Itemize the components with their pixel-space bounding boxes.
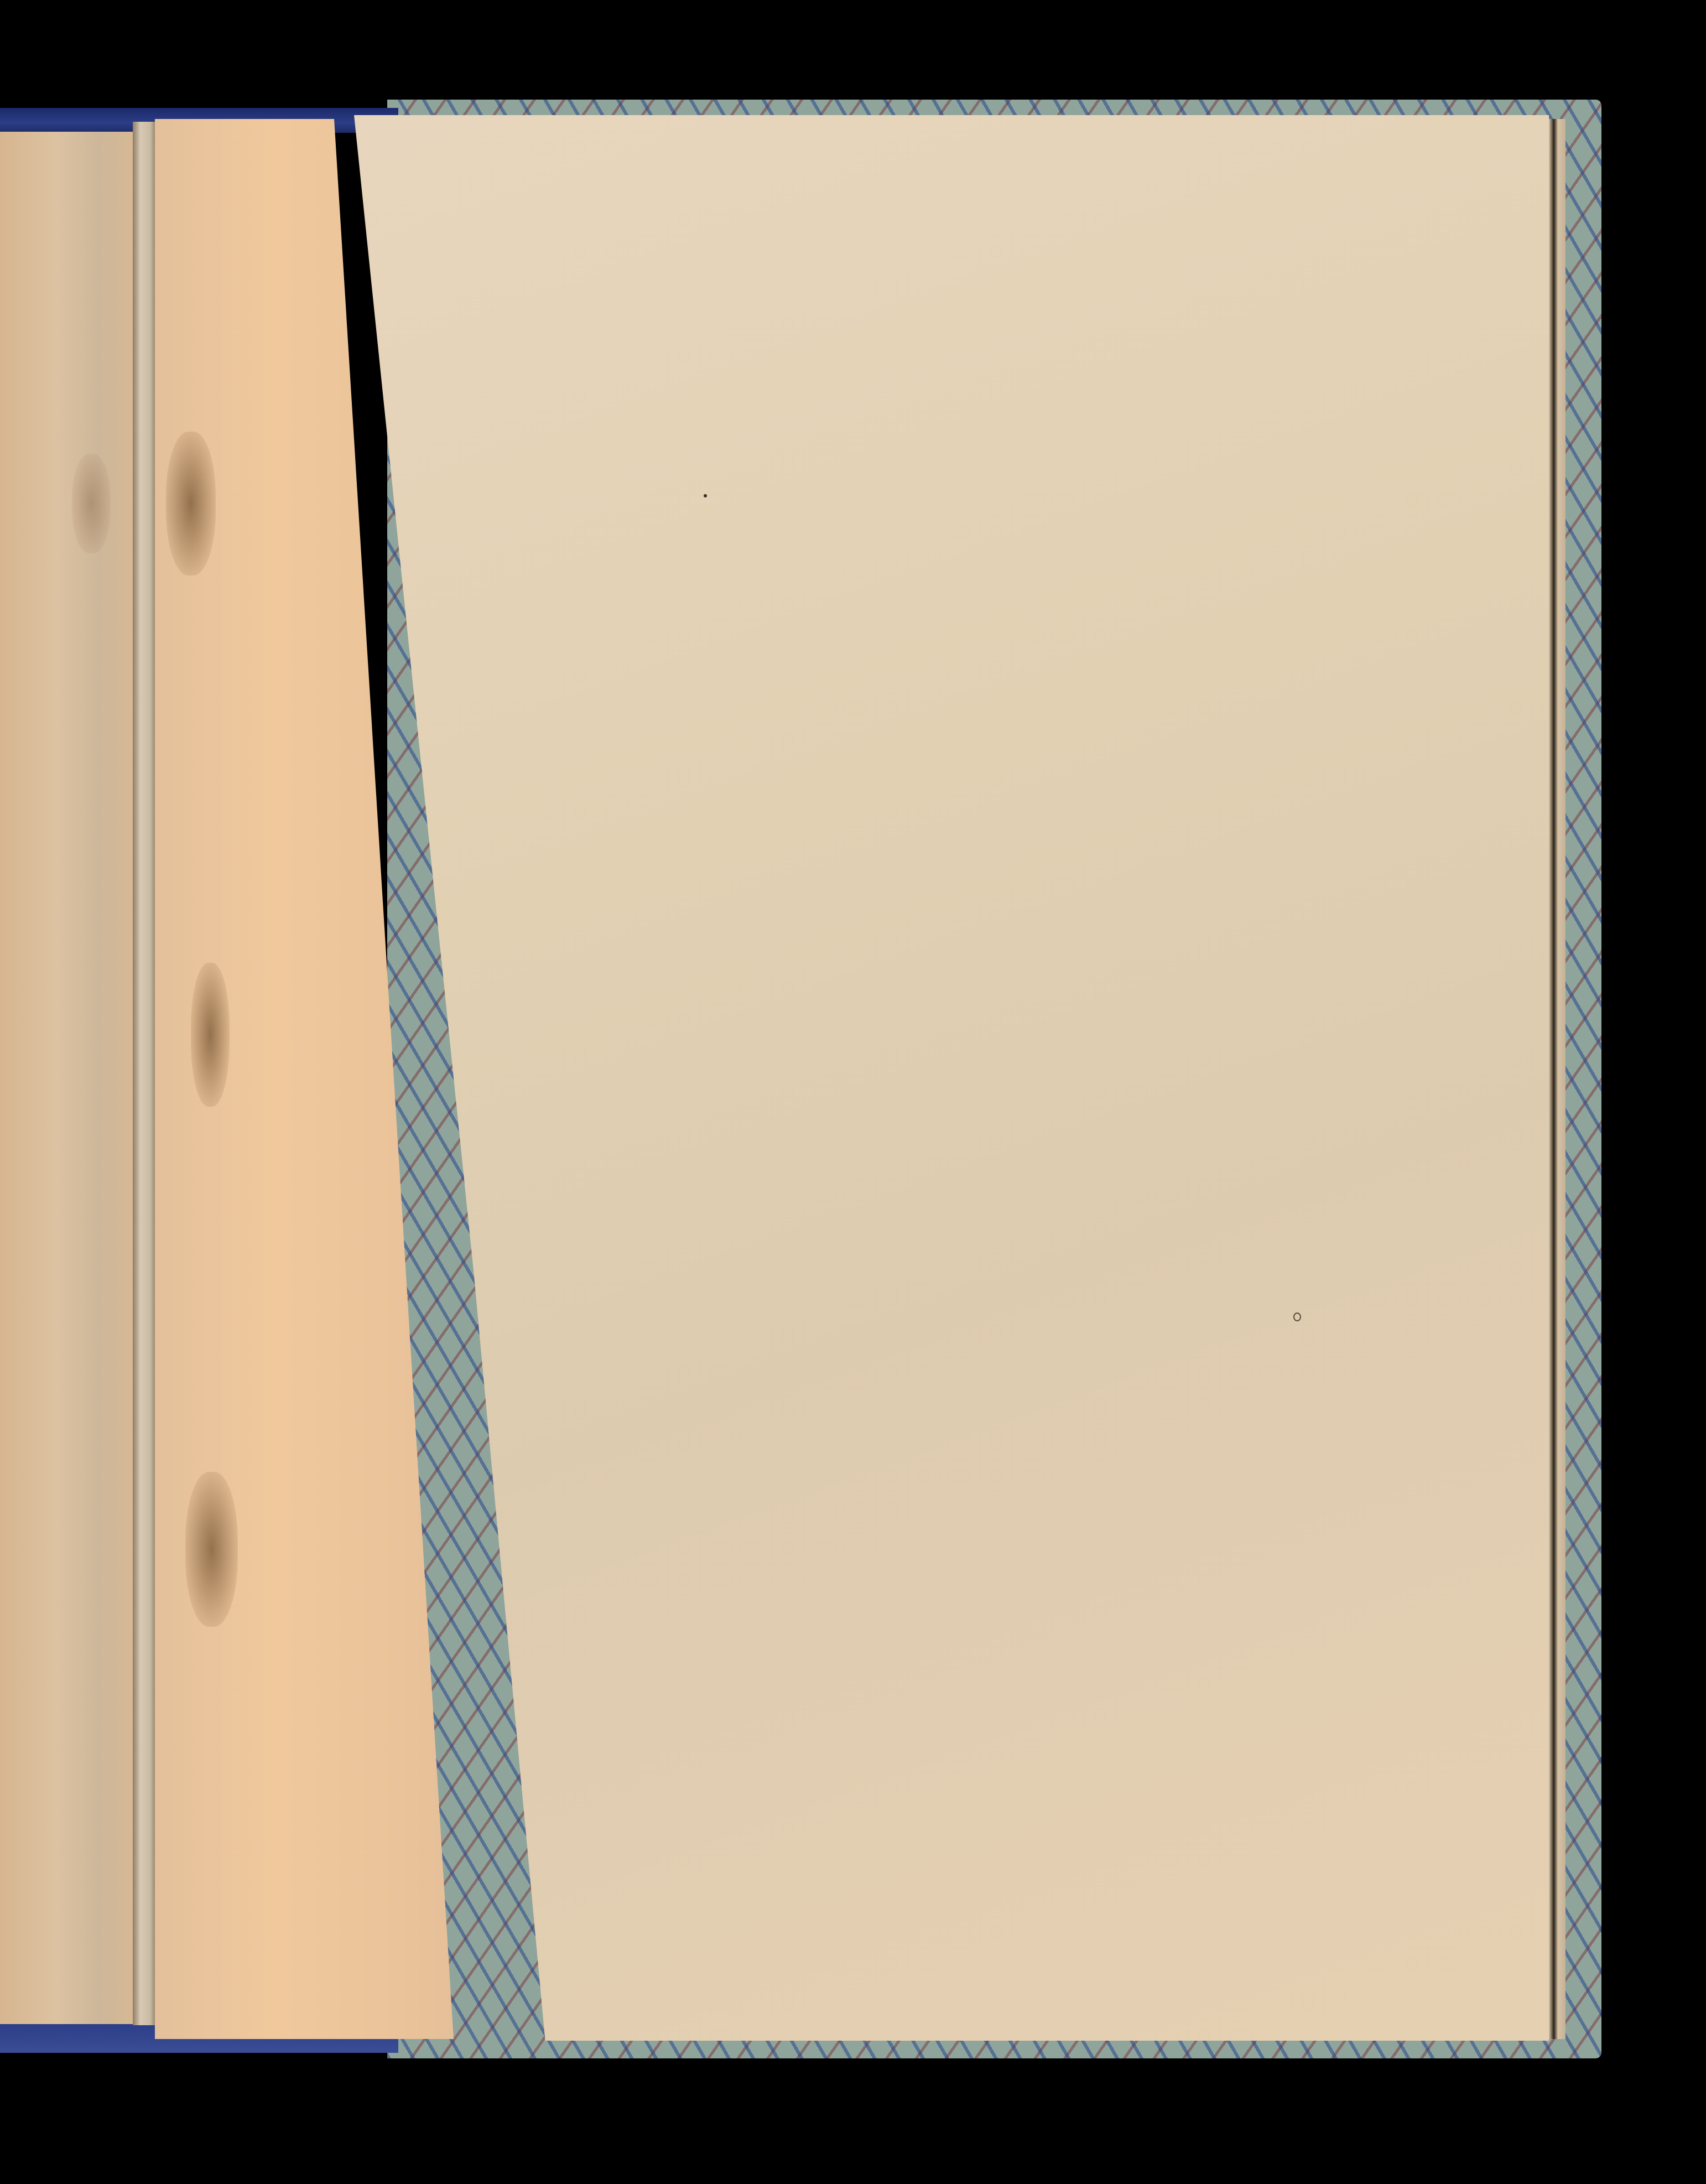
speck — [704, 494, 707, 497]
stain — [166, 432, 216, 575]
page-fore-edge — [1549, 119, 1565, 2039]
stain — [191, 963, 230, 1107]
book-photo — [0, 0, 1706, 2184]
speck — [1293, 1313, 1301, 1321]
stain — [72, 454, 111, 553]
book-hinge — [133, 122, 158, 2025]
blank-page — [354, 115, 1549, 2041]
stain — [185, 1472, 238, 1627]
left-flyleaf — [0, 132, 141, 2024]
